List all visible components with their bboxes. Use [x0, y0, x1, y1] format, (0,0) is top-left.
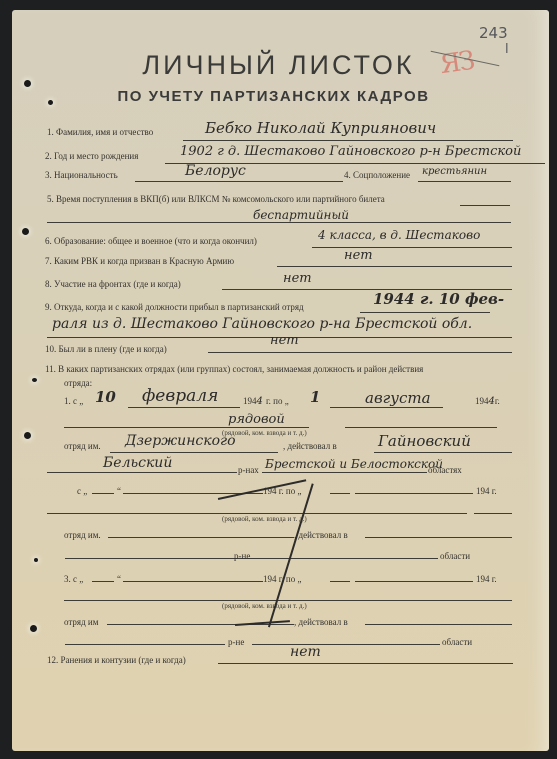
entry-3-quote: “: [117, 574, 121, 584]
entry-1-unit: Дзержинского: [125, 433, 236, 449]
entry-3-district-line: [65, 644, 225, 645]
entry-1-position: рядовой: [228, 412, 285, 427]
punch-hole: [22, 228, 29, 235]
punch-hole: [24, 80, 31, 87]
field-3-line: [135, 181, 343, 182]
field-5-line-b: [47, 222, 511, 223]
field-5-line-a: [460, 205, 510, 206]
entry-2-district-label: р-не: [234, 551, 250, 561]
entry-3-position-caption: (рядовой, ком. взвода и т. д.): [222, 602, 307, 610]
entry-1-region-label: областях: [428, 465, 462, 475]
entry-1-acted-line: [374, 452, 512, 453]
entry-2-day-to-line: [330, 493, 350, 494]
field-4-label: 4. Соцположение: [344, 170, 410, 180]
entry-1-month-to-line: [330, 407, 443, 408]
field-8-value: нет: [283, 271, 312, 286]
field-1-label: 1. Фамилия, имя и отчество: [47, 127, 153, 137]
entry-1-region: Брестской и Белостокской: [265, 457, 443, 471]
field-1-value: Бебко Николай Куприянович: [205, 119, 436, 137]
field-9-value-line1: 1944 г. 10 фев-: [373, 290, 504, 308]
field-12-label: 12. Ранения и контузии (где и когда): [47, 655, 186, 665]
entry-3-day-to-line: [330, 581, 350, 582]
entry-1-year-to: 1944г.: [475, 396, 500, 407]
entry-1-mid: г. по „: [266, 396, 289, 406]
field-10-line: [208, 352, 512, 353]
entry-2-month-to-line: [355, 493, 473, 494]
field-7-line: [277, 266, 512, 267]
entry-3-position-line: [64, 600, 512, 601]
entry-3-from-prefix: 3. с „: [64, 574, 83, 584]
entry-2-region-line: [258, 558, 438, 559]
entry-2-from-prefix: с „: [77, 486, 87, 496]
field-3-value: Белорус: [185, 163, 246, 179]
entry-1-acted-label: , действовал в: [283, 441, 337, 451]
entry-1-year-from: 1944: [243, 396, 263, 407]
entry-1-district-label: р-нах: [238, 465, 259, 475]
field-5-label: 5. Время поступления в ВКП(б) или ВЛКСМ …: [47, 194, 385, 204]
entry-1-day-to: 1: [310, 388, 320, 406]
field-10-label: 10. Был ли в плену (где и когда): [45, 344, 167, 354]
entry-2-unit-line: [108, 537, 294, 538]
entry-3-unit-line: [107, 624, 294, 625]
entry-3-district-label: р-не: [228, 637, 244, 647]
field-9-line-a: [360, 312, 490, 313]
punch-hole: [30, 625, 37, 632]
archive-number: 243: [479, 24, 508, 42]
field-6-label: 6. Образование: общее и военное (что и к…: [45, 236, 257, 246]
entry-2-acted-label: , действовал в: [294, 530, 348, 540]
field-6-line: [312, 247, 512, 248]
entry-2-quote: “: [117, 486, 121, 496]
entry-2-position-caption: (рядовой, ком. взвода и т. д.): [222, 515, 307, 523]
punch-hole: [24, 432, 31, 439]
entry-1-position-line-a: [64, 427, 309, 428]
punch-hole: [34, 558, 38, 562]
field-2-value: 1902 г д. Шестаково Гайновского р-н Брес…: [180, 144, 521, 159]
entry-1-region-line: [262, 472, 427, 473]
entry-2-day-from-line: [92, 493, 114, 494]
field-9-label: 9. Откуда, когда и с какой должности при…: [45, 302, 304, 312]
field-3-label: 3. Национальность: [45, 170, 118, 180]
field-6-value: 4 класса, в д. Шестаково: [318, 228, 480, 242]
entry-3-acted-label: , действовал в: [294, 617, 348, 627]
entry-2-position-line: [47, 513, 467, 514]
punch-hole: [32, 378, 37, 382]
field-2-label: 2. Год и место рождения: [45, 151, 138, 161]
entry-3-unit-label: отряд им: [64, 617, 98, 627]
entry-3-year-to: 194 г.: [476, 574, 497, 584]
entry-3-acted-line: [365, 624, 512, 625]
entry-2-region-label: области: [440, 551, 470, 561]
field-8-label: 8. Участие на фронтах (где и когда): [45, 279, 181, 289]
entry-1-from-prefix: 1. с „: [64, 396, 83, 406]
field-11-label: 11. В каких партизанских отрядах (или гр…: [45, 364, 423, 374]
field-9-value-line2: раля из д. Шестаково Гайновского р-на Бр…: [52, 316, 472, 332]
entry-3-region-label: области: [442, 637, 472, 647]
entry-1-position-line-b: [345, 427, 497, 428]
entry-2-year-to: 194 г.: [476, 486, 497, 496]
field-7-label: 7. Каким РВК и когда призван в Красную А…: [45, 256, 234, 266]
entry-1-month-from: февраля: [142, 386, 218, 406]
field-12-value: нет: [290, 644, 321, 660]
entry-1-month-from-line: [128, 407, 240, 408]
entry-1-unit-label: отряд им.: [64, 441, 101, 451]
entry-2-acted-line: [365, 537, 512, 538]
entry-3-month-from-line: [123, 581, 263, 582]
field-4-line: [418, 181, 511, 182]
entry-1-district-line: [47, 472, 237, 473]
field-10-value: нет: [270, 333, 299, 348]
entry-2-unit-label: отряд им.: [64, 530, 101, 540]
field-5-value: беспартийный: [253, 208, 349, 222]
field-7-value: нет: [344, 248, 373, 263]
entry-1-district: Бельский: [103, 455, 172, 471]
entry-2-position-line-b: [474, 513, 512, 514]
document-title: ЛИЧНЫЙ ЛИСТОК: [0, 50, 557, 81]
entry-1-month-to: августа: [365, 389, 431, 407]
entry-1-acted-in: Гайновский: [378, 432, 471, 450]
document-subtitle: ПО УЧЕТУ ПАРТИЗАНСКИХ КАДРОВ: [0, 88, 552, 105]
entry-3-region-line: [252, 644, 440, 645]
entry-1-unit-line: [110, 452, 278, 453]
field-12-line: [218, 663, 513, 664]
entry-1-day-from: 10: [95, 388, 116, 406]
field-1-line: [183, 140, 513, 141]
field-11-label-cont: отряда:: [64, 378, 92, 388]
entry-3-day-from-line: [92, 581, 114, 582]
entry-3-month-to-line: [355, 581, 473, 582]
field-4-value: крестьянин: [422, 166, 487, 177]
